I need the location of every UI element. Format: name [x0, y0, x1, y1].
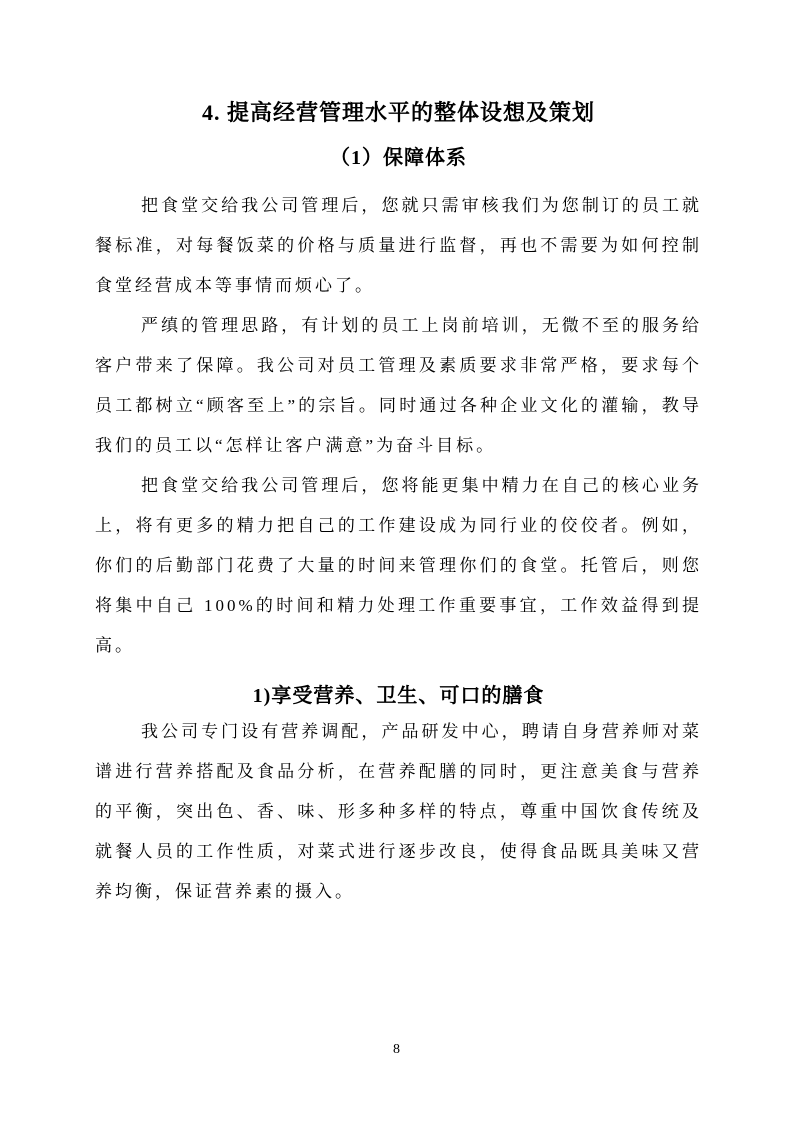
body-paragraph-3: 把食堂交给我公司管理后，您将能更集中精力在自己的核心业务上，将有更多的精力把自己…	[95, 466, 702, 666]
chapter-title: 4. 提高经营管理水平的整体设想及策划	[95, 0, 702, 128]
body-paragraph-1: 把食堂交给我公司管理后，您就只需审核我们为您制订的员工就餐标准，对每餐饭菜的价格…	[95, 186, 702, 306]
document-page: 4. 提高经营管理水平的整体设想及策划 （1）保障体系 把食堂交给我公司管理后，…	[0, 0, 793, 1122]
subsection-paragraph-1: 我公司专门设有营养调配，产品研发中心，聘请自身营养师对菜谱进行营养搭配及食品分析…	[95, 712, 702, 912]
section-heading: （1）保障体系	[95, 128, 702, 172]
subsection-heading: 1)享受营养、卫生、可口的膳食	[95, 666, 702, 712]
page-content: 4. 提高经营管理水平的整体设想及策划 （1）保障体系 把食堂交给我公司管理后，…	[95, 0, 702, 912]
body-paragraph-2: 严缜的管理思路，有计划的员工上岗前培训，无微不至的服务给客户带来了保障。我公司对…	[95, 306, 702, 466]
page-number: 8	[0, 1042, 793, 1058]
